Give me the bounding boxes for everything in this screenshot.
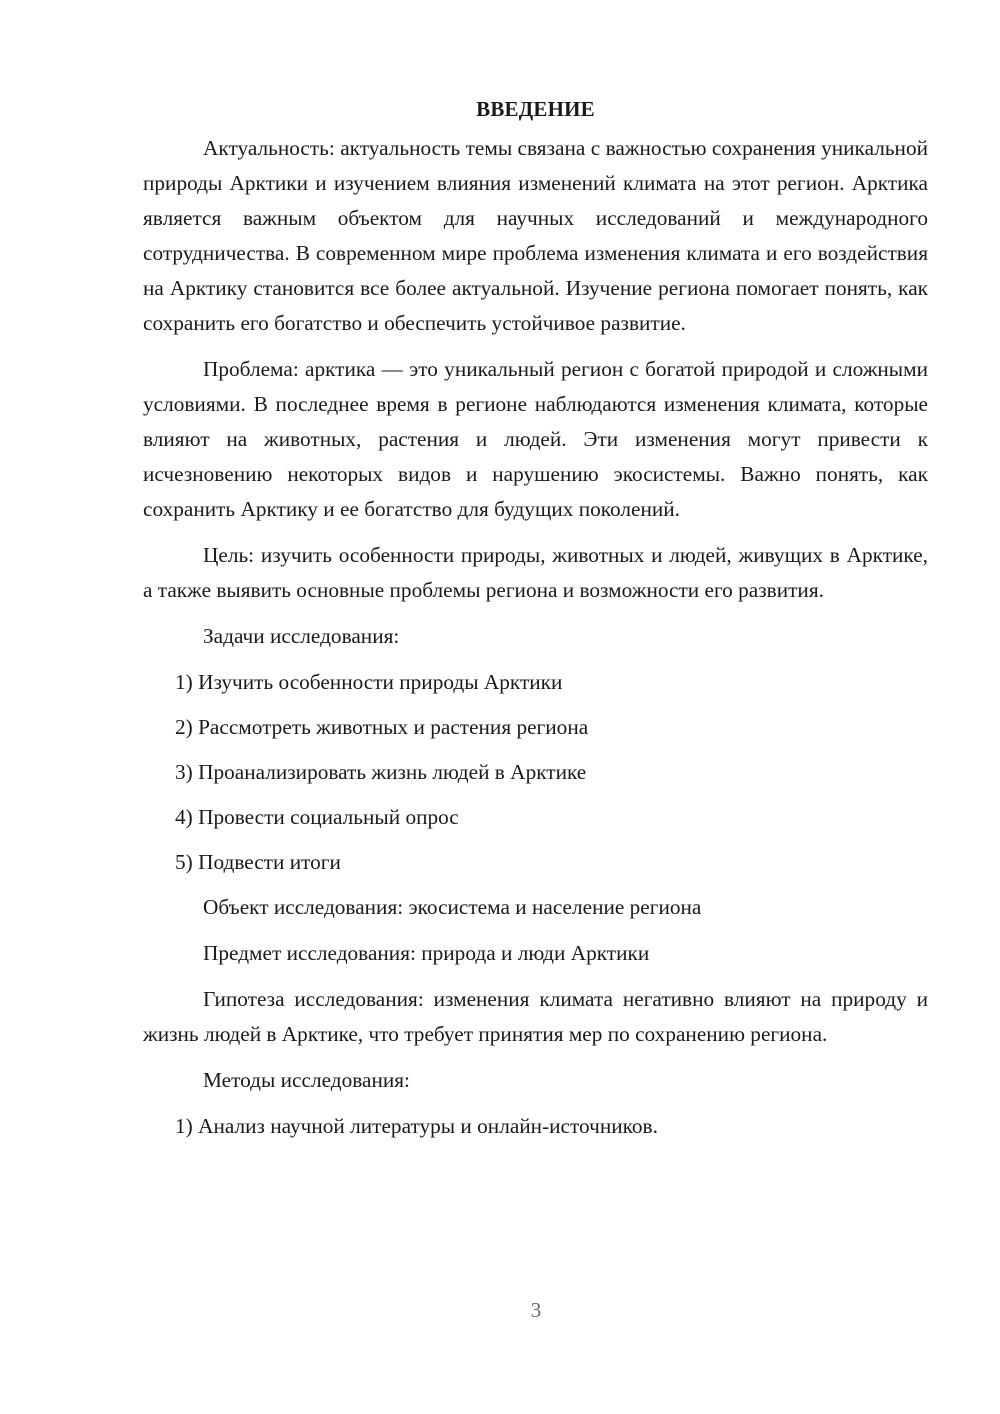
tasks-list: 1) Изучить особенности природы Арктики 2… — [143, 665, 928, 880]
problem-paragraph: Проблема: арктика — это уникальный регио… — [143, 352, 928, 527]
task-item: 1) Изучить особенности природы Арктики — [143, 665, 928, 700]
task-item: 5) Подвести итоги — [143, 845, 928, 880]
page-number: 3 — [0, 1298, 1000, 1323]
task-item: 3) Проанализировать жизнь людей в Арктик… — [143, 755, 928, 790]
relevance-paragraph: Актуальность: актуальность темы связана … — [143, 131, 928, 341]
section-title: ВВЕДЕНИЕ — [143, 92, 928, 127]
task-item: 4) Провести социальный опрос — [143, 800, 928, 835]
tasks-heading: Задачи исследования: — [143, 619, 928, 654]
document-page: ВВЕДЕНИЕ Актуальность: актуальность темы… — [143, 92, 928, 1154]
methods-heading: Методы исследования: — [143, 1063, 928, 1098]
task-item: 2) Рассмотреть животных и растения регио… — [143, 710, 928, 745]
method-item: 1) Анализ научной литературы и онлайн-ис… — [143, 1109, 928, 1144]
subject-paragraph: Предмет исследования: природа и люди Арк… — [143, 936, 928, 971]
hypothesis-paragraph: Гипотеза исследования: изменения климата… — [143, 982, 928, 1052]
methods-list: 1) Анализ научной литературы и онлайн-ис… — [143, 1109, 928, 1144]
goal-paragraph: Цель: изучить особенности природы, живот… — [143, 538, 928, 608]
object-paragraph: Объект исследования: экосистема и населе… — [143, 890, 928, 925]
